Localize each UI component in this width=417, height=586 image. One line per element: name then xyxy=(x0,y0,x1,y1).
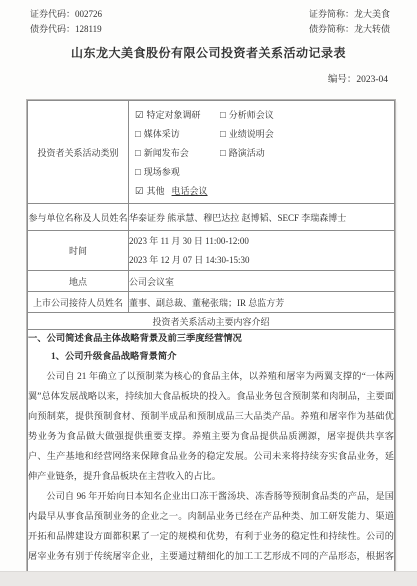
participants-value: 华泰证券 熊承慧、穆巴达拉 赵博韬、SECF 李瑞森博士 xyxy=(129,204,395,231)
time-value-2: 2023 年 12 月 07 日 14:30-15:30 xyxy=(129,251,394,270)
hosts-label: 上市公司接待人员姓名 xyxy=(28,292,129,313)
table-row: 参与单位名称及人员姓名 华泰证券 熊承慧、穆巴达拉 赵博韬、SECF 李瑞森博士 xyxy=(28,204,395,231)
checkbox-checked-icon: ☑ xyxy=(135,187,144,197)
participants-label: 参与单位名称及人员姓名 xyxy=(28,204,129,231)
content-paragraph: 公司自 21 年确立了以预制菜为核心的食品主体，以养殖和屠宰为两翼支撑的“一体两… xyxy=(28,366,394,486)
activity-option: □业绩说明会 xyxy=(220,125,394,144)
activity-option-label: 现场参观 xyxy=(144,167,180,177)
activity-option: □新闻发布会 xyxy=(135,144,220,163)
checkbox-unchecked-icon: □ xyxy=(220,130,226,140)
time-cell: 2023 年 11 月 30 日 11:00-12:00 2023 年 12 月… xyxy=(129,231,395,271)
activity-option-label: 新闻发布会 xyxy=(144,148,189,158)
table-row: 投资者关系活动主要内容介绍 xyxy=(28,313,395,330)
activity-type-cell: ☑特定对象调研□分析师会议□媒体采访□业绩说明会□新闻发布会□路演活动□现场参观… xyxy=(129,101,395,204)
activity-option-label: 其他 xyxy=(147,186,165,196)
stock-abbr: 证券简称：龙大美食 xyxy=(309,7,390,22)
activity-option: □现场参观 xyxy=(135,163,394,182)
section-title: 一、公司简述食品主体战略背景及前三季度经营情况 xyxy=(28,330,394,348)
location-label: 地点 xyxy=(28,271,129,292)
activity-type-label: 投资者关系活动类别 xyxy=(28,101,129,204)
activity-option: ☑特定对象调研 xyxy=(135,106,220,125)
activity-option: □路演活动 xyxy=(220,144,394,163)
table-row: 投资者关系活动类别 ☑特定对象调研□分析师会议□媒体采访□业绩说明会□新闻发布会… xyxy=(28,101,395,204)
content-paragraphs: 公司自 21 年确立了以预制菜为核心的食品主体，以养殖和屠宰为两翼支撑的“一体两… xyxy=(28,366,394,586)
sub-section-title: 1、公司升级食品战略背景简介 xyxy=(28,348,394,366)
location-value: 公司会议室 xyxy=(129,271,395,292)
checkbox-unchecked-icon: □ xyxy=(220,111,226,121)
activity-option-label: 分析师会议 xyxy=(229,110,274,120)
checkbox-checked-icon: ☑ xyxy=(135,111,144,121)
activity-option: ☑其他电话会议 xyxy=(135,182,394,201)
activity-options: ☑特定对象调研□分析师会议□媒体采访□业绩说明会□新闻发布会□路演活动□现场参观… xyxy=(129,101,394,203)
document-page: 证券代码：002726 债券代码：128119 证券简称：龙大美食 债券简称：龙… xyxy=(0,0,417,586)
checkbox-unchecked-icon: □ xyxy=(135,149,141,159)
table-row: 时间 2023 年 11 月 30 日 11:00-12:00 2023 年 1… xyxy=(28,231,395,271)
time-value-1: 2023 年 11 月 30 日 11:00-12:00 xyxy=(129,232,394,251)
activity-option-label: 路演活动 xyxy=(229,148,265,158)
content-header: 投资者关系活动主要内容介绍 xyxy=(28,313,395,330)
page-title: 山东龙大美食股份有限公司投资者关系活动记录表 xyxy=(0,44,417,61)
bond-code: 债券代码：128119 xyxy=(30,22,102,37)
stock-code: 证券代码：002726 xyxy=(30,7,102,22)
activity-option-label: 媒体采访 xyxy=(144,129,180,139)
activity-option: □分析师会议 xyxy=(220,106,394,125)
photo-background-strip xyxy=(0,571,417,586)
codes-right: 证券简称：龙大美食 债券简称：龙大转债 xyxy=(309,7,390,37)
codes-left: 证券代码：002726 债券代码：128119 xyxy=(30,7,102,37)
activity-option-extra: 电话会议 xyxy=(172,186,208,196)
doc-number: 编号：2023-04 xyxy=(328,71,388,85)
activity-option: □媒体采访 xyxy=(135,125,220,144)
hosts-value: 董事、副总裁、董秘张瑞；IR 总监方芳 xyxy=(129,292,395,313)
ir-activity-record-table: 投资者关系活动类别 ☑特定对象调研□分析师会议□媒体采访□业绩说明会□新闻发布会… xyxy=(27,100,395,586)
checkbox-unchecked-icon: □ xyxy=(220,149,226,159)
table-row: 地点 公司会议室 xyxy=(28,271,395,292)
table-row: 一、公司简述食品主体战略背景及前三季度经营情况 1、公司升级食品战略背景简介 公… xyxy=(28,330,395,586)
checkbox-unchecked-icon: □ xyxy=(135,130,141,140)
time-label: 时间 xyxy=(28,231,129,271)
checkbox-unchecked-icon: □ xyxy=(135,168,141,178)
content-cell: 一、公司简述食品主体战略背景及前三季度经营情况 1、公司升级食品战略背景简介 公… xyxy=(28,330,395,586)
activity-option-label: 特定对象调研 xyxy=(147,110,201,120)
table-row: 上市公司接待人员姓名 董事、副总裁、董秘张瑞；IR 总监方芳 xyxy=(28,292,395,313)
activity-option-label: 业绩说明会 xyxy=(229,129,274,139)
security-codes: 证券代码：002726 债券代码：128119 证券简称：龙大美食 债券简称：龙… xyxy=(30,7,390,37)
bond-abbr: 债券简称：龙大转债 xyxy=(309,22,390,37)
